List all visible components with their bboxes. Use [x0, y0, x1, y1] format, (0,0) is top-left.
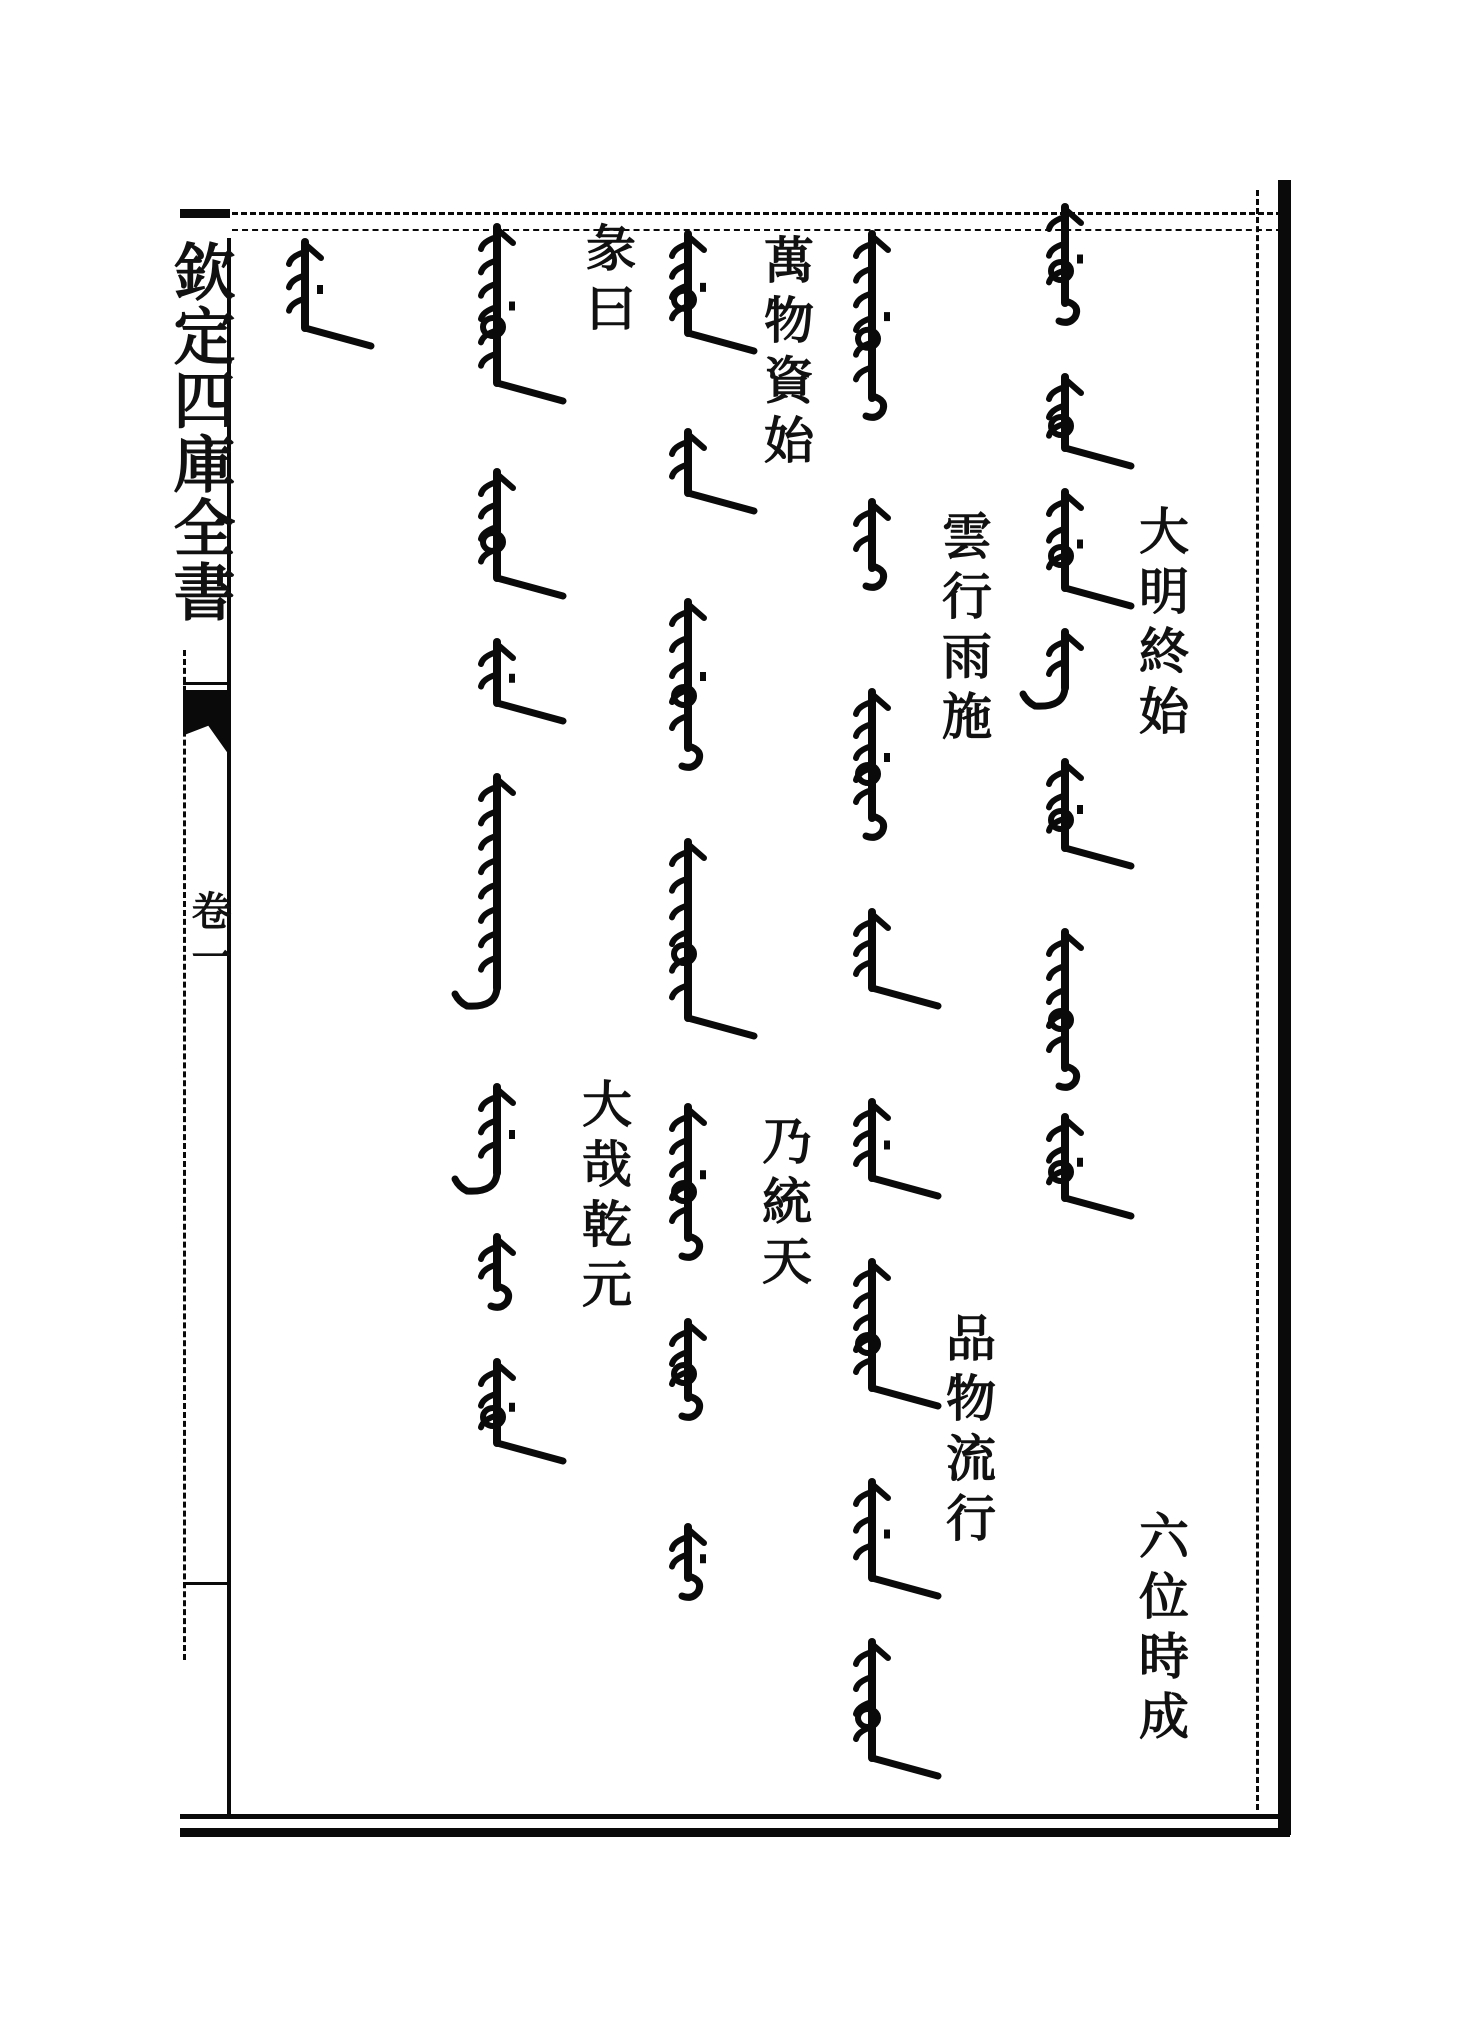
manchu-word: [1035, 760, 1145, 880]
manchu-word: [842, 1100, 952, 1210]
manchu-word: [842, 1640, 952, 1790]
manchu-word: [658, 1525, 768, 1610]
manchu-word: [467, 1235, 577, 1320]
chinese-text-col5-lower: 六位時成: [1135, 1510, 1185, 1750]
manchu-word: [842, 500, 952, 600]
frame-bottom-rule: [180, 1814, 1288, 1819]
manchu-word: [842, 1480, 952, 1610]
manchu-word: [658, 1320, 768, 1430]
manchu-word: [658, 430, 768, 525]
chinese-text-col2-lower: 大哉乾元: [578, 1078, 628, 1318]
chinese-text-col2-top: 彖曰: [582, 222, 632, 342]
margin-outer-line: [183, 650, 186, 1660]
manchu-word: [842, 910, 952, 1020]
manchu-word: [1035, 630, 1145, 720]
manchu-word: [842, 1260, 952, 1420]
manchu-word: [467, 1360, 577, 1475]
manchu-word: [658, 600, 768, 780]
document-page: 欽定四庫全書 卷一 彖曰 大哉乾元 萬物資始 乃統天 雲行雨施 品物流行 大明終…: [0, 0, 1467, 2027]
frame-right-inner-rule: [1256, 190, 1259, 1810]
frame-right-thick-border: [1278, 180, 1291, 1835]
manchu-word: [467, 775, 577, 1020]
manchu-word: [467, 470, 577, 610]
margin-divider-lower: [183, 1582, 229, 1585]
manchu-word: [1035, 930, 1145, 1100]
manchu-word: [467, 640, 577, 735]
manchu-word: [1035, 375, 1145, 480]
manchu-word: [658, 840, 768, 1050]
manchu-word: [1035, 1115, 1145, 1230]
manchu-word: [1035, 490, 1145, 620]
margin-divider-upper: [183, 682, 229, 685]
manchu-word: [842, 690, 952, 850]
book-title: 欽定四庫全書: [168, 240, 230, 624]
manchu-word: [658, 1105, 768, 1270]
frame-bottom-thick-rule: [180, 1828, 1290, 1837]
frame-top-thick-left: [180, 209, 230, 218]
manchu-word: [842, 232, 952, 430]
manchu-word: [467, 225, 577, 415]
manchu-word: [467, 1085, 577, 1205]
fishtail-mark: [183, 690, 229, 755]
volume-label: 卷一: [188, 890, 228, 982]
manchu-word: [275, 240, 385, 360]
manchu-word: [658, 232, 768, 365]
manchu-word: [1035, 205, 1145, 335]
